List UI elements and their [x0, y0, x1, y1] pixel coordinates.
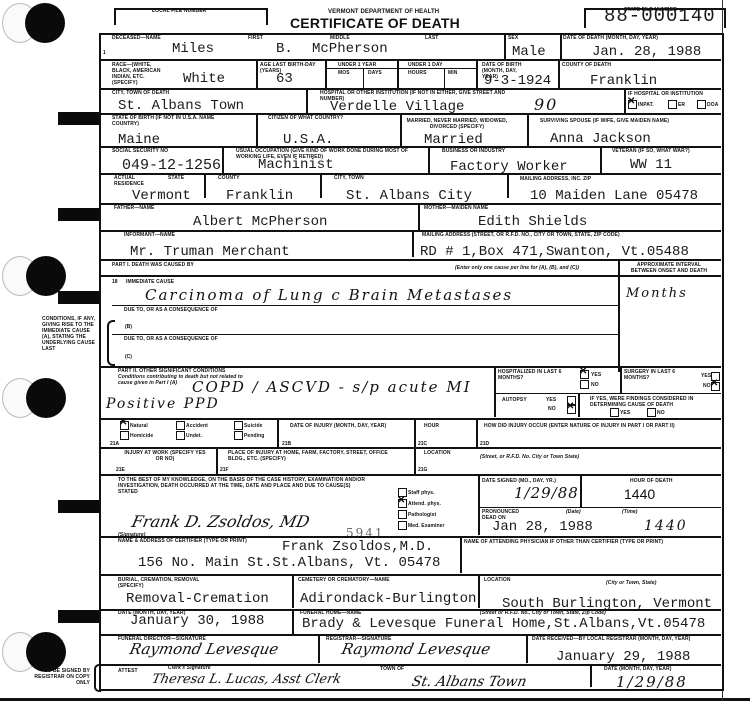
manner-pending-label: Pending [244, 433, 264, 439]
er-checkbox[interactable] [668, 100, 677, 109]
mailing-value: 10 Maiden Lane 05478 [530, 189, 698, 204]
divider [476, 419, 478, 447]
cause-a: Carcinoma of Lung c Brain Metastases [145, 286, 513, 304]
sex-label: SEX [508, 35, 518, 41]
attending-label: NAME OF ATTENDING PHYSICIAN IF OTHER THA… [464, 539, 663, 545]
injury-location-sub: (Street, or R.F.D. No. City or Town Stat… [480, 454, 579, 460]
name-label: DECEASED—NAME [112, 35, 161, 41]
divider [620, 367, 622, 393]
divider [578, 393, 580, 417]
divider [600, 147, 602, 173]
divider [256, 60, 258, 88]
res-city-label: CITY, TOWN [334, 175, 364, 181]
divider [580, 475, 582, 507]
informant-address-label: MAILING ADDRESS (Street, or R.F.D. No., … [422, 232, 620, 238]
hospital-note: 90 [534, 95, 558, 114]
res-state-label: STATE [168, 175, 184, 181]
attest-date-label: DATE (Month, Day, Year) [604, 666, 672, 672]
hours-label: HOURS [408, 70, 427, 76]
certifier-name: Frank Zsoldos,M.D. [282, 540, 433, 555]
occupation-value: Machinist [258, 158, 334, 173]
row-line [100, 230, 721, 232]
divider [526, 635, 528, 663]
hospitalized-no-label: NO [591, 382, 599, 388]
row-line [100, 447, 721, 449]
min-label: MIN [448, 70, 457, 76]
state-of-birth-label: STATE OF BIRTH (If not in U.S.A. name co… [112, 115, 242, 127]
received-label: DATE RECEIVED—By local registrar (Month,… [532, 636, 690, 642]
manner-homicide-checkbox[interactable] [120, 431, 129, 440]
divider [494, 367, 496, 393]
disposition-date: January 30, 1988 [130, 614, 264, 629]
marital-label: MARRIED, NEVER MARRIED, WIDOWED, DIVORCE… [402, 118, 512, 130]
pathologist-label: Pathologist [408, 512, 436, 518]
divider [397, 60, 399, 88]
punch-hole [26, 378, 66, 418]
attest-date: 1/29/88 [616, 673, 688, 691]
findings-yes-label: YES [620, 410, 630, 416]
informant-label: INFORMANT—NAME [124, 232, 175, 238]
race-value: White [183, 72, 225, 87]
attest-bracket [94, 664, 101, 692]
certifier-statement: TO THE BEST OF MY KNOWLEDGE, ON THE BASI… [118, 477, 368, 495]
divider [292, 610, 294, 634]
manner-accident-label: Accident [186, 423, 208, 429]
due-to-label-2: DUE TO, OR AS A CONSEQUENCE OF [124, 336, 218, 342]
father-label: FATHER—NAME [114, 205, 154, 211]
doa-checkbox[interactable] [697, 100, 706, 109]
how-injury-label: HOW DID INJURY OCCUR (Enter nature of in… [484, 423, 675, 429]
row-line [100, 275, 721, 277]
if-hospital-label: IF HOSPITAL or INSTITUTION [628, 91, 703, 97]
certifier-address: 156 No. Main St.St.Albans, Vt. 05478 [138, 556, 440, 571]
business-label: BUSINESS OR INDUSTRY [442, 148, 505, 154]
er-label: ER [678, 102, 685, 108]
form-tab [58, 208, 100, 221]
field-num: (C) [125, 354, 132, 360]
decedent-last: McPherson [312, 42, 388, 57]
pronounced-date: Jan 28, 1988 [492, 520, 593, 535]
immediate-cause-label: IMMEDIATE CAUSE [126, 279, 174, 285]
registrar-signature: Raymond Levesque [340, 640, 492, 658]
divider [320, 174, 322, 198]
spouse-value: Anna Jackson [550, 132, 651, 147]
received-date: January 29, 1988 [556, 650, 690, 665]
manner-undet-checkbox[interactable] [176, 431, 185, 440]
town-signature: St. Albans Town [410, 674, 528, 690]
cause-bracket [107, 320, 115, 366]
divider [590, 665, 592, 687]
cemetery-label: CEMETERY OR CREMATORY—Name [298, 577, 390, 583]
divider [478, 475, 480, 535]
row-line [100, 609, 721, 611]
first-label: FIRST [248, 35, 263, 41]
date-of-death-label: DATE OF DEATH (Month, Day, Year) [563, 35, 658, 41]
decedent-first: Miles [172, 42, 214, 57]
surgery-no-checkbox[interactable] [711, 382, 720, 391]
county-of-death: Franklin [590, 74, 657, 89]
row-line [112, 334, 619, 335]
attest-sub: Clerk's Signature [168, 665, 211, 671]
cause-instruction: (Enter only one cause per line for (A), … [455, 265, 579, 271]
informant-address: RD # 1,Box 471,Swanton, Vt.05488 [420, 245, 689, 260]
surgery-label: SURGERY IN LAST 6 MONTHS? [624, 369, 689, 381]
divider [624, 89, 626, 113]
side-note: CONDITIONS, IF ANY, GIVING RISE TO THE I… [42, 316, 98, 352]
divider [507, 174, 509, 198]
manner-undet-label: Undet. [186, 433, 202, 439]
divider [363, 68, 364, 88]
field-num: 1 [103, 50, 106, 56]
injury-hour-label: HOUR [424, 423, 439, 429]
divider [418, 204, 420, 230]
injury-date-label: DATE OF INJURY (Month, Day, Year) [290, 423, 386, 429]
attend-phys-label: Attend. phys. [408, 501, 441, 507]
interval-label: APPROXIMATE INTERVAL BETWEEN ONSET AND D… [624, 262, 714, 274]
veteran-label: VETERAN (If so, what war?) [612, 148, 690, 154]
row-line [100, 574, 721, 576]
form-tab [58, 610, 100, 623]
divider [318, 635, 320, 663]
hospitalized-yes-checkbox[interactable] [580, 370, 589, 379]
disposition-location-label: LOCATION [484, 577, 511, 583]
part1-label: PART I. DEATH WAS CAUSED BY [112, 262, 194, 268]
hospitalized-label: HOSPITALIZED IN LAST 6 MONTHS? [498, 369, 563, 381]
dob-value: 9-3-1924 [484, 74, 551, 89]
res-county-label: COUNTY [218, 175, 240, 181]
attest-signature: Theresa L. Lucas, Asst Clerk [150, 672, 342, 687]
divider [306, 89, 308, 113]
hospitalized-no-checkbox[interactable] [580, 380, 589, 389]
decedent-middle: B. [276, 42, 293, 57]
doa-label: DOA [707, 102, 718, 108]
cause-a-interval: Months [626, 286, 688, 301]
injury-location-label: LOCATION [424, 450, 451, 456]
citizen-label: CITIZEN OF WHAT COUNTRY? [268, 115, 343, 121]
due-to-label-1: DUE TO, OR AS A CONSEQUENCE OF [124, 307, 218, 313]
ssn-label: SOCIAL SECURITY NO [112, 148, 168, 154]
race-label: RACE—(White, Black, American Indian, ETC… [112, 62, 168, 86]
form-title: CERTIFICATE OF DEATH [290, 15, 460, 31]
divider [326, 68, 476, 69]
city-of-death: St. Albans Town [118, 99, 244, 114]
row-line [100, 418, 721, 420]
age-value: 63 [276, 72, 293, 87]
funeral-home: Brady & Levesque Funeral Home,St.Albans,… [302, 617, 705, 632]
staff-phys-label: Staff phys. [408, 490, 435, 496]
injury-at-work-label: INJURY AT WORK (Specify Yes or No) [120, 450, 210, 462]
field-num: 18 [112, 279, 118, 285]
date-signed: 1/29/88 [514, 484, 579, 502]
pronounced-time-sub: (Time) [622, 509, 638, 515]
local-file-label: LOCAL FILE NUMBER [152, 8, 206, 14]
row-line [100, 474, 721, 476]
manner-suicide-checkbox[interactable] [234, 421, 243, 430]
disposition-method: Removal-Cremation [126, 592, 269, 607]
date-of-death: Jan. 28, 1988 [592, 45, 701, 60]
hour-of-death-label: HOUR OF DEATH [630, 478, 673, 484]
field-num: 21E [116, 467, 125, 473]
sex-value: Male [512, 45, 546, 60]
manner-pending-checkbox[interactable] [234, 431, 243, 440]
divider [558, 60, 560, 88]
mailing-label: MAILING ADDRESS, INC. ZIP [520, 176, 591, 182]
mother-label: MOTHER—MAIDEN NAME [424, 205, 488, 211]
row-line [494, 393, 721, 394]
divider [527, 114, 529, 146]
med-examiner-checkbox[interactable] [398, 521, 407, 530]
row-line [478, 507, 721, 508]
divider [504, 33, 506, 60]
director-signature: Raymond Levesque [128, 640, 280, 658]
row-line [100, 59, 721, 61]
form-tab [58, 291, 100, 304]
punch-hole [26, 256, 66, 296]
last-label: LAST [425, 35, 438, 41]
town-label: TOWN OF [380, 666, 404, 672]
injury-place-label: PLACE OF INJURY At Home, Farm, Factory, … [228, 450, 398, 462]
inpatient-checkbox[interactable] [628, 100, 637, 109]
residence-label: ACTUAL RESIDENCE [114, 175, 154, 187]
manner-natural-label: Natural [130, 423, 148, 429]
pronounced-date-sub: (Date) [566, 509, 581, 515]
divider [292, 575, 294, 608]
residence-county: Franklin [226, 189, 293, 204]
divider [412, 231, 414, 257]
findings-no-label: NO [657, 410, 665, 416]
manner-suicide-label: Suicide [244, 423, 262, 429]
form-tab [58, 500, 100, 513]
divider [494, 393, 496, 417]
field-num: 21G [418, 467, 427, 473]
days-label: DAYS [368, 70, 382, 76]
disposition-method-label: BURIAL, CREMATION, REMOVAL (Specify) [118, 577, 208, 589]
findings-label: IF YES, WERE FINDINGS CONSIDERED IN DETE… [590, 396, 715, 408]
residence-city: St. Albans City [346, 189, 472, 204]
residence-state: Vermont [132, 189, 191, 204]
disposition-location-sub: (City or Town, State) [606, 580, 657, 586]
spouse-label: SURVIVING SPOUSE (If wife, give maiden n… [540, 118, 669, 124]
divider [216, 448, 218, 474]
veteran-value: WW 11 [630, 158, 672, 173]
divider [277, 419, 279, 447]
field-num: 21F [220, 467, 229, 473]
inpatient-label: Inpat. [638, 102, 654, 108]
autopsy-no-label: NO [548, 406, 556, 412]
city-of-death-label: CITY, TOWN OF DEATH [112, 90, 169, 96]
divider [428, 147, 430, 173]
mother-value: Edith Shields [478, 215, 587, 230]
cemetery-value: Adirondack-Burlington [300, 592, 476, 607]
manner-natural-checkbox[interactable] [120, 421, 129, 430]
autopsy-no-checkbox[interactable] [567, 405, 576, 414]
manner-homicide-label: Homicide [130, 433, 153, 439]
attend-phys-checkbox[interactable] [398, 499, 407, 508]
divider [476, 60, 478, 88]
informant-value: Mr. Truman Merchant [130, 245, 290, 260]
state-file-number: 88-000140 [604, 9, 716, 24]
county-of-death-label: COUNTY OF DEATH [562, 62, 611, 68]
part2-continued: Positive PPD [106, 396, 220, 412]
divider [222, 147, 224, 173]
manner-accident-checkbox[interactable] [176, 421, 185, 430]
divider [204, 174, 206, 198]
punch-hole [25, 3, 65, 43]
name-address-label: NAME & ADDRESS OF CERTIFIER (Type or Pri… [118, 538, 247, 544]
mos-label: MOS [338, 70, 350, 76]
divider [444, 68, 445, 88]
autopsy-label: AUTOPSY [502, 397, 527, 403]
row-line [100, 203, 721, 205]
father-value: Albert McPherson [193, 215, 327, 230]
findings-yes-checkbox[interactable] [610, 408, 619, 417]
ssn-value: 049-12-1256 [122, 158, 221, 173]
autopsy-yes-label: YES [546, 397, 556, 403]
certifier-signature: Frank D. Zsoldos, MD [130, 512, 311, 531]
form-tab [58, 112, 100, 125]
hospitalized-yes-label: YES [591, 372, 601, 378]
row-line [100, 173, 721, 175]
findings-no-checkbox[interactable] [647, 408, 656, 417]
row-line [100, 259, 721, 261]
divider [325, 60, 327, 88]
divider [560, 33, 562, 60]
row-line [112, 305, 619, 306]
pronounced-time: 1440 [644, 518, 688, 534]
hour-of-death: 1440 [624, 486, 655, 502]
divider [256, 114, 258, 146]
divider [460, 537, 462, 573]
divider [478, 575, 480, 608]
signed-note: TO BE SIGNED BY REGISTRAR ON COPY ONLY [34, 668, 90, 686]
field-num: (B) [125, 324, 132, 330]
pathologist-checkbox[interactable] [398, 510, 407, 519]
part2-value: COPD / ASCVD - s/p acute MI [192, 378, 472, 396]
punch-hole [26, 632, 66, 672]
med-examiner-label: Med. Examiner [408, 523, 445, 529]
attest-label: ATTEST [118, 668, 138, 674]
